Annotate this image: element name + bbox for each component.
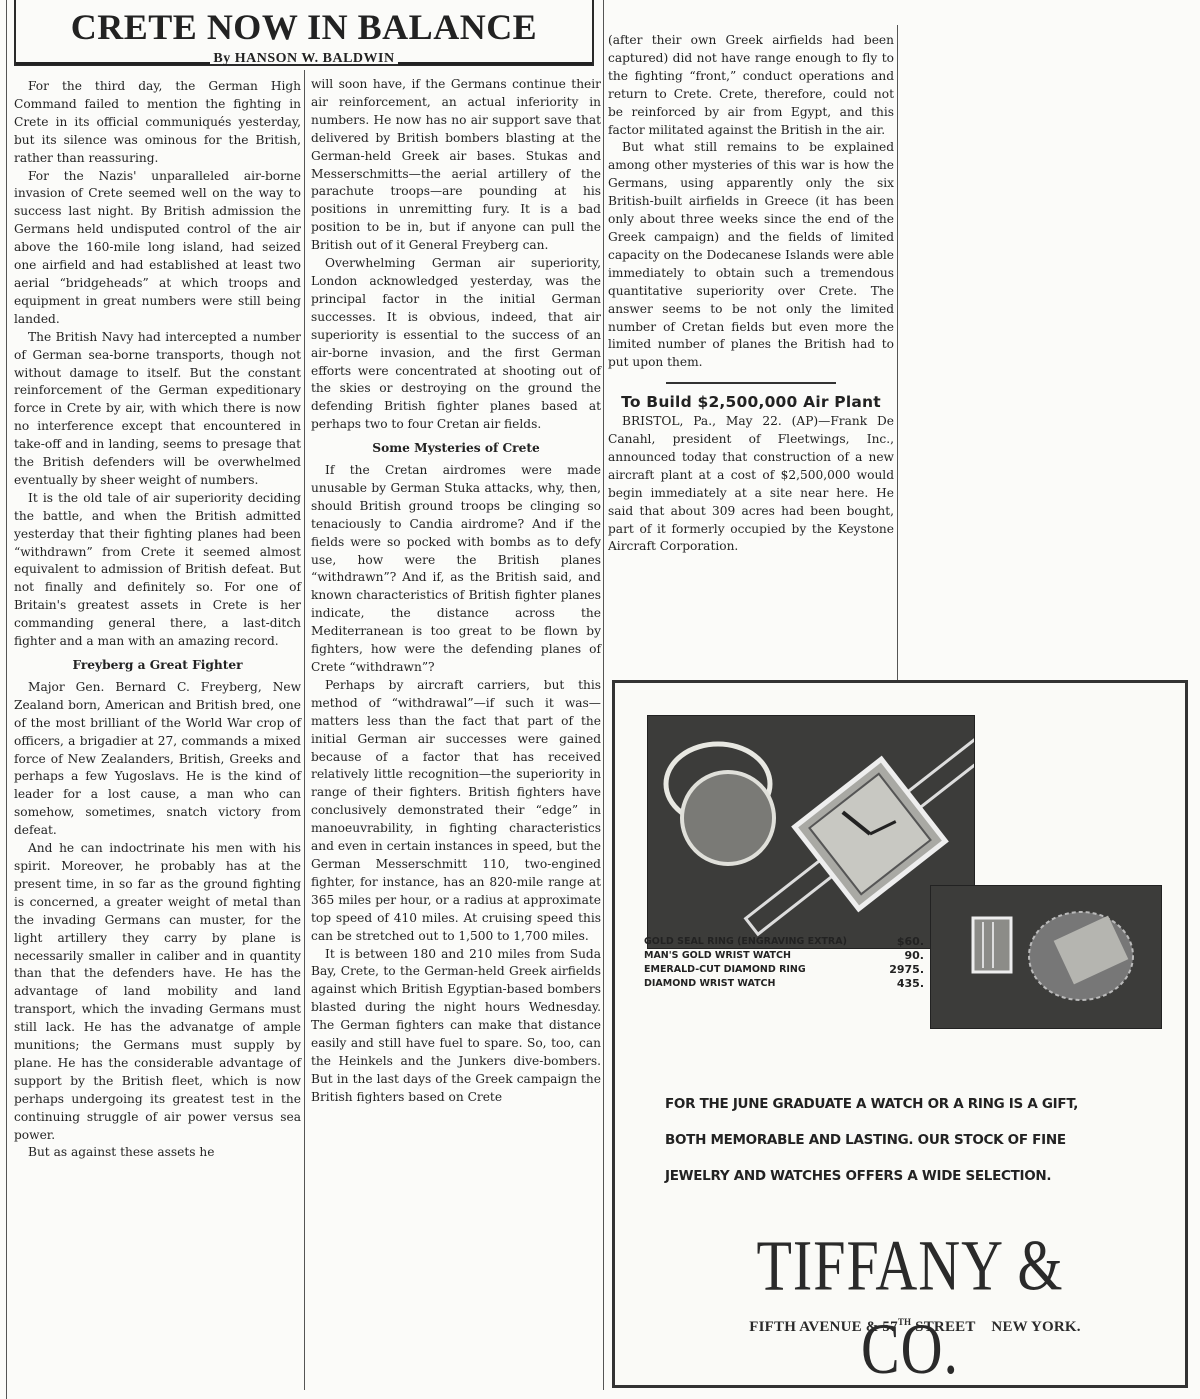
byline-rule-right [398,62,592,65]
paragraph: If the Cretan airdromes were made unusab… [311,462,601,677]
brief-body: BRISTOL, Pa., May 22. (AP)—Frank De Cana… [608,413,894,556]
paragraph: But as against these assets he [14,1144,301,1162]
paragraph: It is the old tale of air superiority de… [14,490,301,651]
paragraph: And he can indoctrinate his men with his… [14,840,301,1144]
article-column-2: will soon have, if the Germans continue … [311,76,601,1107]
item-price: $60. [897,935,924,949]
column-rule-2 [603,0,604,1390]
ad-copy-line: BOTH MEMORABLE AND LASTING. OUR STOCK OF… [665,1122,1155,1158]
item-price: 2975. [889,963,924,977]
ad-copy-line: FOR THE JUNE GRADUATE A WATCH OR A RING … [665,1086,1155,1122]
price-row: EMERALD-CUT DIAMOND RING 2975. [644,963,924,977]
subheading: Freyberg a Great Fighter [14,657,301,675]
diamond-ring-and-watch-photo [930,885,1162,1029]
diamond-ring-watch-icon [931,886,1161,1028]
paragraph-continuation: (after their own Greek airfields had bee… [608,32,894,139]
article-column-1: For the third day, the German High Comma… [14,78,301,1162]
paragraph: For the Nazis' unparalleled air-borne in… [14,168,301,329]
address-street: STREET [911,1319,975,1335]
paragraph: For the third day, the German High Comma… [14,78,301,168]
paragraph-continuation: will soon have, if the Germans continue … [311,76,601,255]
byline-rule-left [16,62,210,65]
paragraph: It is between 180 and 210 miles from Sud… [311,946,601,1107]
ad-copy-line: JEWELRY AND WATCHES OFFERS A WIDE SELECT… [665,1158,1155,1194]
paragraph: But what still remains to be explained a… [608,139,894,372]
subheading: Some Mysteries of Crete [311,440,601,458]
article-column-3: (after their own Greek airfields had bee… [608,32,894,556]
column-rule-1 [304,70,305,1390]
address-ordinal: TH [898,1317,911,1327]
item-name: GOLD SEAL RING (ENGRAVING EXTRA) [644,935,847,949]
price-row: DIAMOND WRIST WATCH 435. [644,977,924,991]
address-city: NEW YORK. [991,1319,1080,1335]
price-row: MAN'S GOLD WRIST WATCH 90. [644,949,924,963]
column-rule-3 [897,25,898,690]
paragraph: The British Navy had intercepted a numbe… [14,329,301,490]
newspaper-page: CRETE NOW IN BALANCE By HANSON W. BALDWI… [0,0,1200,1399]
page-left-rule [6,0,7,1399]
ad-copy: FOR THE JUNE GRADUATE A WATCH OR A RING … [665,1086,1155,1194]
brief-headline: To Build $2,500,000 Air Plant [608,394,894,412]
price-list: GOLD SEAL RING (ENGRAVING EXTRA) $60. MA… [644,935,924,991]
byline: By HANSON W. BALDWIN [210,51,397,67]
address-avenue: FIFTH AVENUE & 57 [749,1319,898,1335]
seal-ring-watch-icon [648,716,974,948]
store-address: FIFTH AVENUE & 57TH STREET NEW YORK. [725,1317,1105,1336]
paragraph: Overwhelming German air superiority, Lon… [311,255,601,434]
item-name: MAN'S GOLD WRIST WATCH [644,949,791,963]
item-name: DIAMOND WRIST WATCH [644,977,775,991]
item-price: 90. [905,949,925,963]
section-divider [666,382,836,384]
item-name: EMERALD-CUT DIAMOND RING [644,963,806,977]
brand-logo: TIFFANY & CO. [715,1223,1105,1391]
item-price: 435. [897,977,924,991]
paragraph: Perhaps by aircraft carriers, but this m… [311,677,601,946]
article-headline: CRETE NOW IN BALANCE [16,6,592,48]
headline-box: CRETE NOW IN BALANCE By HANSON W. BALDWI… [14,0,594,66]
price-row: GOLD SEAL RING (ENGRAVING EXTRA) $60. [644,935,924,949]
byline-row: By HANSON W. BALDWIN [16,49,592,69]
tiffany-advertisement: GOLD SEAL RING (ENGRAVING EXTRA) $60. MA… [612,680,1188,1388]
paragraph: Major Gen. Bernard C. Freyberg, New Zeal… [14,679,301,840]
ring-and-watch-photo [647,715,975,949]
